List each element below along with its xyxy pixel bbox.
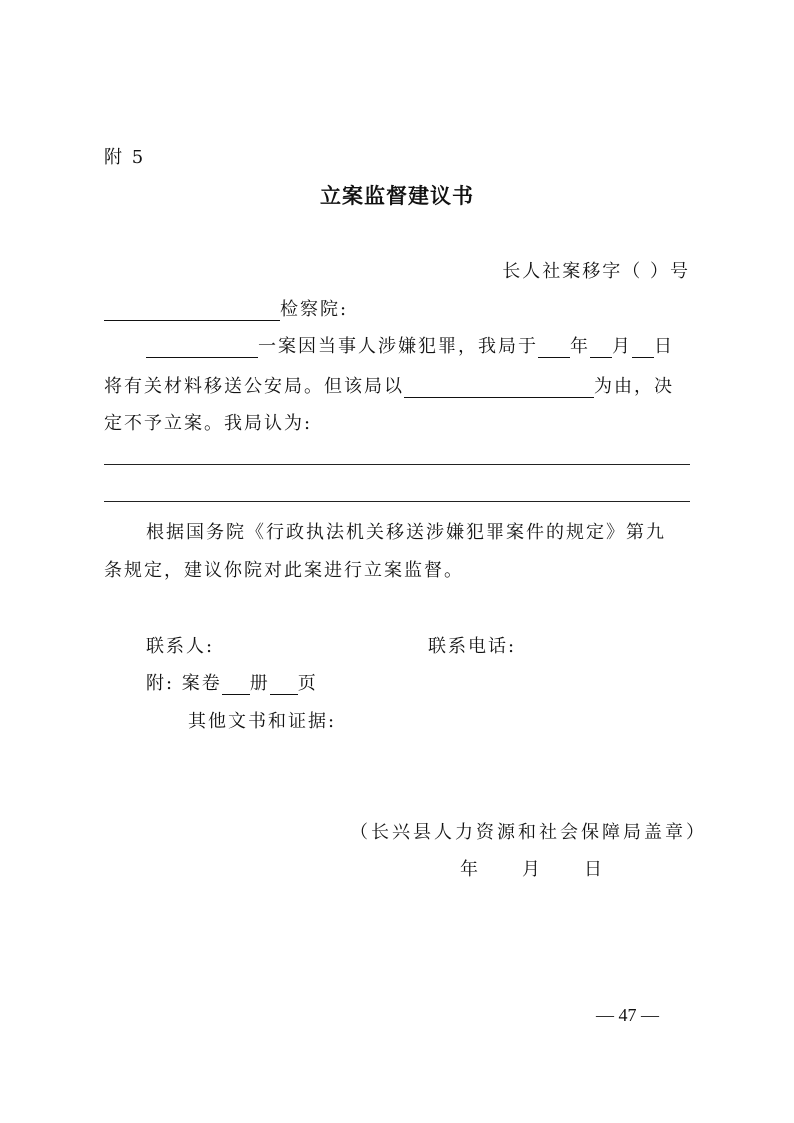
attachments-prefix: 附: 案卷 xyxy=(146,673,222,694)
seal-text: （长兴县人力资源和社会保障局盖章） xyxy=(350,818,707,844)
month-label: 月 xyxy=(612,336,632,357)
body-line-3: 定不予立案。我局认为: xyxy=(104,409,312,435)
contact-phone-label: 联系电话: xyxy=(428,632,516,658)
pages-blank[interactable] xyxy=(270,676,298,695)
signature-year: 年 xyxy=(460,859,480,880)
year-blank[interactable] xyxy=(538,339,570,358)
day-label: 日 xyxy=(654,336,674,357)
attachment-label: 附 5 xyxy=(104,143,145,169)
volumes-unit: 册 xyxy=(250,673,270,694)
year-label: 年 xyxy=(570,336,590,357)
addressee-line: 检察院: xyxy=(104,295,348,321)
opinion-line-1[interactable] xyxy=(104,464,690,465)
signature-month: 月 xyxy=(522,859,542,880)
body-line-2-suffix: 为由，决 xyxy=(594,376,674,397)
document-number: 长人社案移字（ ）号 xyxy=(502,257,690,283)
volumes-blank[interactable] xyxy=(222,676,250,695)
contact-person-label: 联系人: xyxy=(146,632,214,658)
body-line-2: 将有关材料移送公安局。但该局以为由，决 xyxy=(104,372,674,398)
legal-basis-line-2: 条规定，建议你院对此案进行立案监督。 xyxy=(104,556,464,582)
page-number: — 47 — xyxy=(596,1005,659,1026)
day-blank[interactable] xyxy=(632,339,654,358)
signature-day: 日 xyxy=(584,859,604,880)
pages-unit: 页 xyxy=(298,673,318,694)
case-name-blank[interactable] xyxy=(146,339,258,358)
procuratorate-name-blank[interactable] xyxy=(104,302,280,321)
other-documents-label: 其他文书和证据: xyxy=(188,707,336,733)
attachments-line: 附: 案卷册页 xyxy=(146,669,318,695)
month-blank[interactable] xyxy=(590,339,612,358)
opinion-line-2[interactable] xyxy=(104,501,690,502)
body-line-2-prefix: 将有关材料移送公安局。但该局以 xyxy=(104,376,404,397)
body-line-1-text: 一案因当事人涉嫌犯罪，我局于 xyxy=(258,336,538,357)
body-line-1: 一案因当事人涉嫌犯罪，我局于年月日 xyxy=(146,332,674,358)
page-title: 立案监督建议书 xyxy=(0,180,794,210)
reason-blank[interactable] xyxy=(404,379,594,398)
signature-date: 年月日 xyxy=(460,855,604,881)
procuratorate-suffix: 检察院: xyxy=(280,299,348,320)
legal-basis-line-1: 根据国务院《行政执法机关移送涉嫌犯罪案件的规定》第九 xyxy=(146,518,666,544)
